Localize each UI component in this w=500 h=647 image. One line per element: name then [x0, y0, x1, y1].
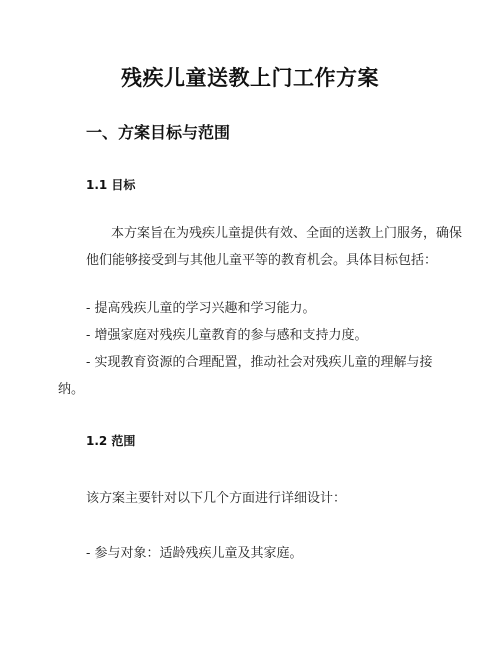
subsection-heading-goals: 1.1 目标	[86, 176, 135, 193]
document-title: 残疾儿童送教上门工作方案	[0, 62, 500, 92]
goal-bullet-1: - 提高残疾儿童的学习兴趣和学习能力。	[86, 297, 316, 316]
goal-bullet-2: - 增强家庭对残疾儿童教育的参与感和支持力度。	[86, 324, 368, 343]
subsection-heading-scope: 1.2 范围	[86, 432, 135, 449]
goal-bullet-3-continued: 纳。	[58, 378, 84, 397]
goal-bullet-3: - 实现教育资源的合理配置，推动社会对残疾儿童的理解与接	[86, 351, 433, 370]
goals-intro-line-1: 本方案旨在为残疾儿童提供有效、全面的送教上门服务，确保	[111, 222, 462, 241]
goals-intro-line-2: 他们能够接受到与其他儿童平等的教育机会。具体目标包括：	[86, 249, 437, 268]
document-page: 残疾儿童送教上门工作方案 一、方案目标与范围 1.1 目标 本方案旨在为残疾儿童…	[0, 0, 500, 647]
section-heading-goals-scope: 一、方案目标与范围	[86, 120, 230, 143]
scope-intro: 该方案主要针对以下几个方面进行详细设计：	[86, 487, 346, 506]
scope-bullet-1: - 参与对象：适龄残疾儿童及其家庭。	[86, 542, 303, 561]
